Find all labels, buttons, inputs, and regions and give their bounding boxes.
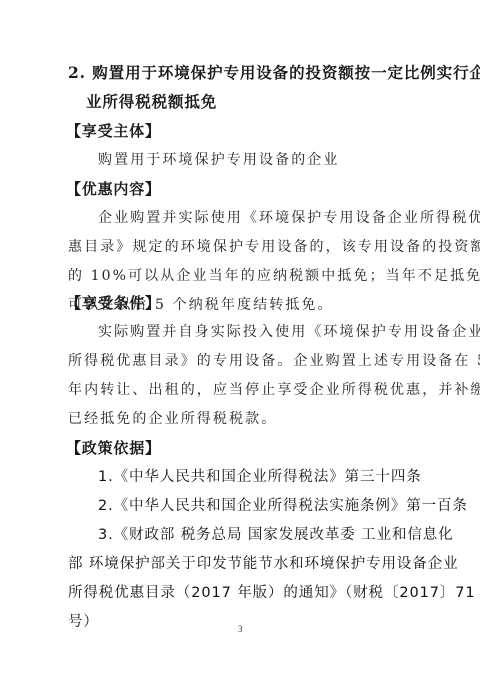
heading-benefit-content: 【优惠内容】 [66, 179, 161, 199]
conditions-line-1: 实际购置并自身实际投入使用《环境保护专用设备企业 [98, 322, 480, 342]
policy-basis-item-2: 2.《中华人民共和国企业所得税法实施条例》第一百条 [98, 496, 468, 516]
conditions-line-3: 年内转让、出租的，应当停止享受企业所得税优惠，并补缴 [68, 380, 480, 400]
heading-beneficiary: 【享受主体】 [66, 121, 161, 141]
policy-basis-item-3-line-4: 号） [68, 612, 99, 632]
benefit-content-line-3: 的 10%可以从企业当年的应纳税额中抵免；当年不足抵免的， [68, 266, 480, 286]
policy-basis-item-3-line-1: 3.《财政部 税务总局 国家发展改革委 工业和信息化 [98, 525, 454, 545]
section-title-line-2: 业所得税税额抵免 [86, 92, 217, 112]
beneficiary-text: 购置用于环境保护专用设备的企业 [98, 150, 340, 170]
policy-basis-item-3-line-2: 部 环境保护部关于印发节能节水和环境保护专用设备企业 [68, 554, 459, 574]
conditions-line-2: 所得税优惠目录》的专用设备。企业购置上述专用设备在 5 [68, 351, 480, 371]
heading-policy-basis: 【政策依据】 [66, 438, 161, 458]
benefit-content-line-1: 企业购置并实际使用《环境保护专用设备企业所得税优 [98, 208, 480, 228]
benefit-content-line-2: 惠目录》规定的环境保护专用设备的，该专用设备的投资额 [68, 237, 480, 257]
document-page: 2. 购置用于环境保护专用设备的投资额按一定比例实行企 业所得税税额抵免 【享受… [0, 0, 480, 678]
heading-conditions: 【享受条件】 [66, 293, 161, 313]
policy-basis-item-1: 1.《中华人民共和国企业所得税法》第三十四条 [98, 467, 422, 487]
conditions-line-4: 已经抵免的企业所得税税款。 [68, 409, 277, 429]
section-title-line-1: 2. 购置用于环境保护专用设备的投资额按一定比例实行企 [68, 63, 480, 83]
policy-basis-item-3-line-3: 所得税优惠目录（2017 年版）的通知》（财税〔2017〕71 [68, 583, 476, 603]
page-number: 3 [238, 624, 243, 634]
